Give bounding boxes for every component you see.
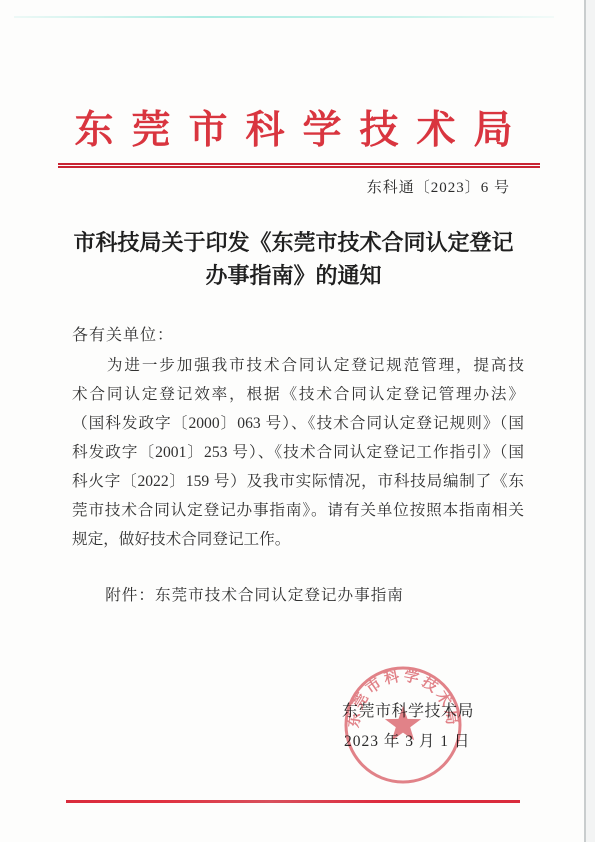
body-line: 科火字〔2022〕159 号）及我市实际情况，市科技局编制了《东 [72,467,524,496]
document-number: 东科通〔2023〕6 号 [367,176,510,197]
scanned-document-page: 东莞市科学技术局 东科通〔2023〕6 号 市科技局关于印发《东莞市技术合同认定… [0,0,595,842]
agency-letterhead: 东莞市科学技术局 [0,108,587,155]
letterhead-double-rule [58,163,540,168]
body-line: 科发政字〔2001〕253 号）、《技术合同认定登记工作指引》（国 [72,438,524,467]
notice-title-line-1: 市科技局关于印发《东莞市技术合同认定登记 [30,226,557,259]
body-line: （国科发政字〔2000〕063 号）、《技术合同认定登记规则》（国 [72,409,524,438]
attachment-line: 附件：东莞市技术合同认定登记办事指南 [72,583,524,605]
official-seal-stamp: 东莞市科学技术局 [340,662,466,788]
notice-title: 市科技局关于印发《东莞市技术合同认定登记 办事指南》的通知 [30,226,557,292]
signature-org: 东莞市科学技术局 [342,698,474,721]
signature-date: 2023 年 3 月 1 日 [344,729,470,751]
notice-title-line-2: 办事指南》的通知 [30,259,557,292]
salutation: 各有关单位： [72,322,174,345]
body-line: 为进一步加强我市技术合同认定登记规范管理，提高技 [72,351,524,380]
body-line: 规定，做好技术合同登记工作。 [72,525,524,554]
seal-ring [346,668,460,782]
scan-artifact-line [14,16,554,18]
page-edge-margin [586,0,595,842]
body-line: 莞市技术合同认定登记办事指南》。请有关单位按照本指南相关 [72,496,524,525]
body-line: 术合同认定登记效率，根据《技术合同认定登记管理办法》 [72,380,524,409]
footer-rule [66,800,520,803]
body-paragraph: 为进一步加强我市技术合同认定登记规范管理，提高技 术合同认定登记效率，根据《技术… [72,351,524,554]
